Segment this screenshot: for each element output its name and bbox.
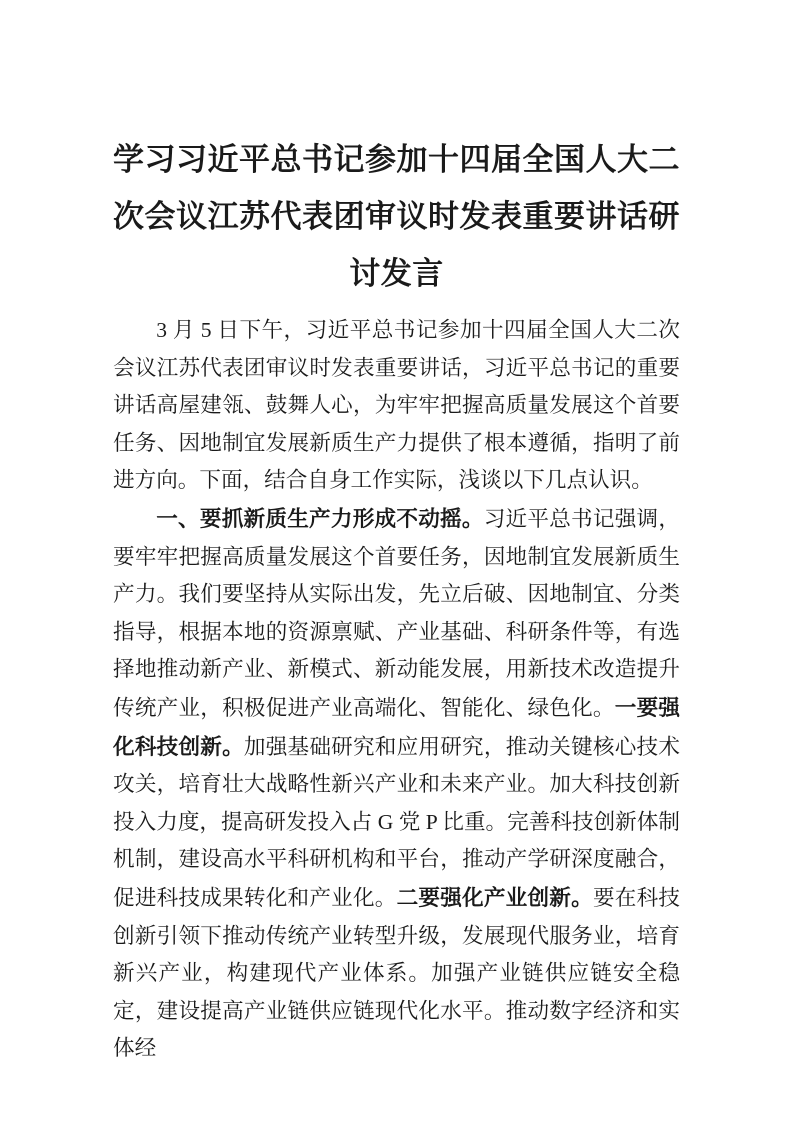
paragraph: 一、要抓新质生产力形成不动摇。习近平总书记强调，要牢牢把握高质量发展这个首要任务…: [113, 500, 680, 1068]
document-title: 学习习近平总书记参加十四届全国人大二次会议江苏代表团审议时发表重要讲话研讨发言: [113, 131, 680, 302]
text-run: 加强基础研究和应用研究，推动关键核心技术攻关，培育壮大战略性新兴产业和未来产业。…: [113, 735, 680, 910]
document-page: 学习习近平总书记参加十四届全国人大二次会议江苏代表团审议时发表重要讲话研讨发言 …: [0, 0, 793, 1122]
text-run: 要在科技创新引领下推动传统产业转型升级，发展现代服务业，培育新兴产业，构建现代产…: [113, 886, 680, 1060]
bold-run: 二要强化产业创新。: [397, 885, 593, 910]
bold-run: 一、要抓新质生产力形成不动摇。: [156, 506, 484, 531]
text-run: 习近平总书记强调，要牢牢把握高质量发展这个首要任务，因地制宜发展新质生产力。我们…: [113, 507, 680, 720]
document-body: 3 月 5 日下午，习近平总书记参加十四届全国人大二次会议江苏代表团审议时发表重…: [113, 312, 680, 1068]
text-run: 3 月 5 日下午，习近平总书记参加十四届全国人大二次会议江苏代表团审议时发表重…: [113, 318, 680, 492]
paragraph: 3 月 5 日下午，习近平总书记参加十四届全国人大二次会议江苏代表团审议时发表重…: [113, 312, 680, 500]
